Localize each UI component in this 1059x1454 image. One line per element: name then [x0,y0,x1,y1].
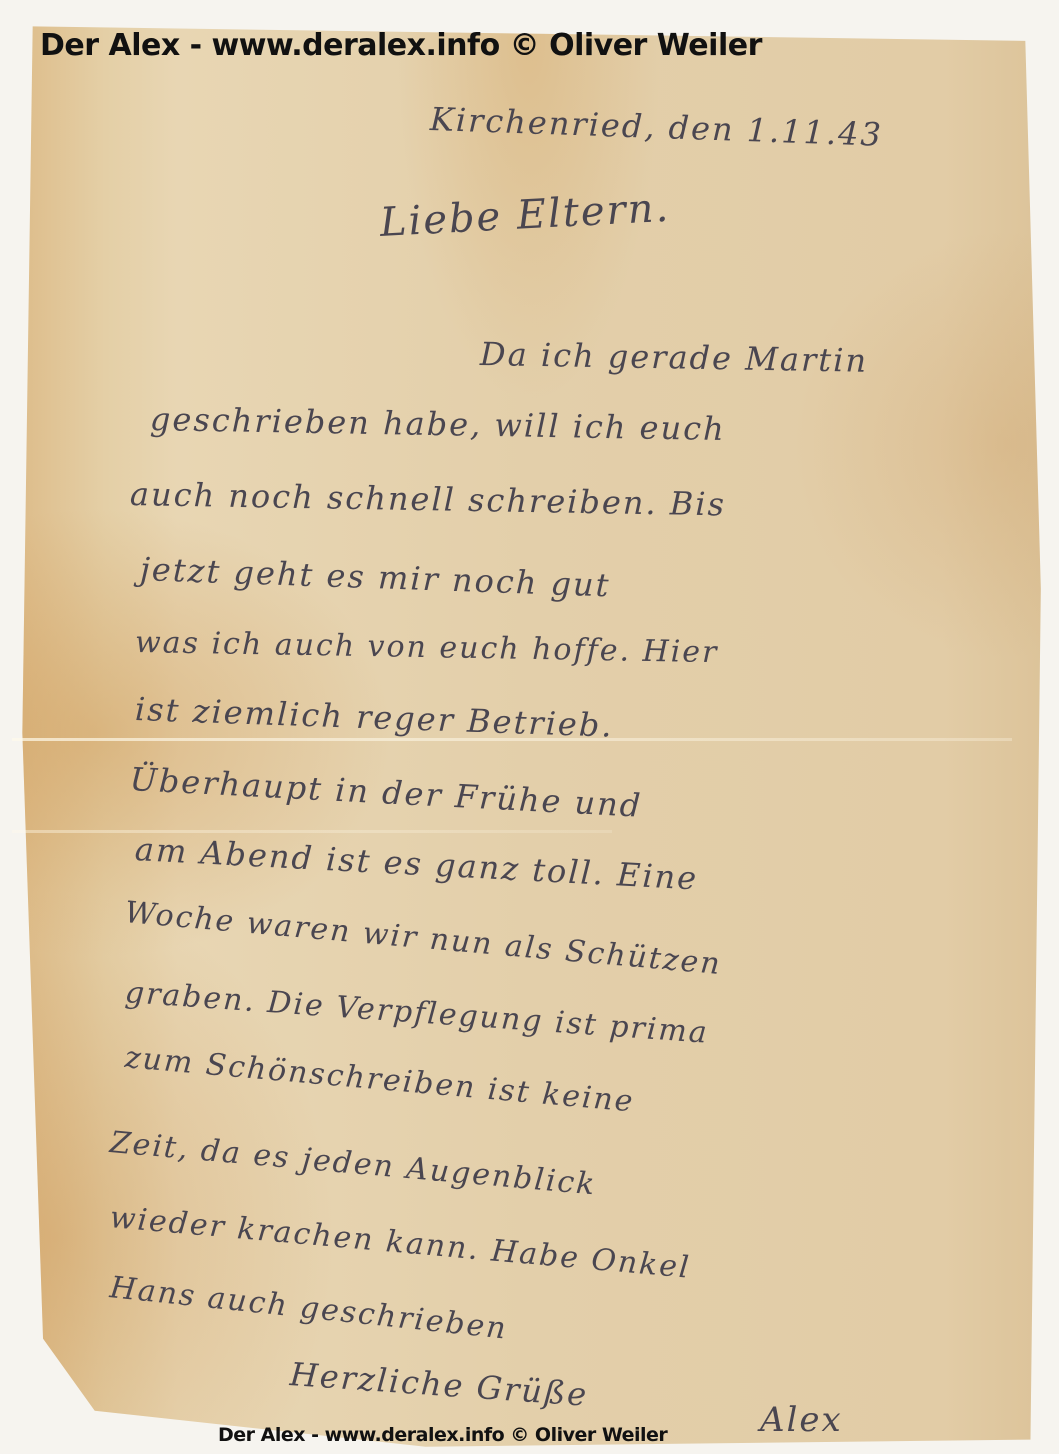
watermark-bottom: Der Alex - www.deralex.info © Oliver Wei… [218,1424,667,1446]
letter-line: Da ich gerade Martin [480,335,869,380]
paper-fold [12,830,612,833]
signature: Alex [760,1400,843,1440]
watermark-top: Der Alex - www.deralex.info © Oliver Wei… [40,28,762,63]
